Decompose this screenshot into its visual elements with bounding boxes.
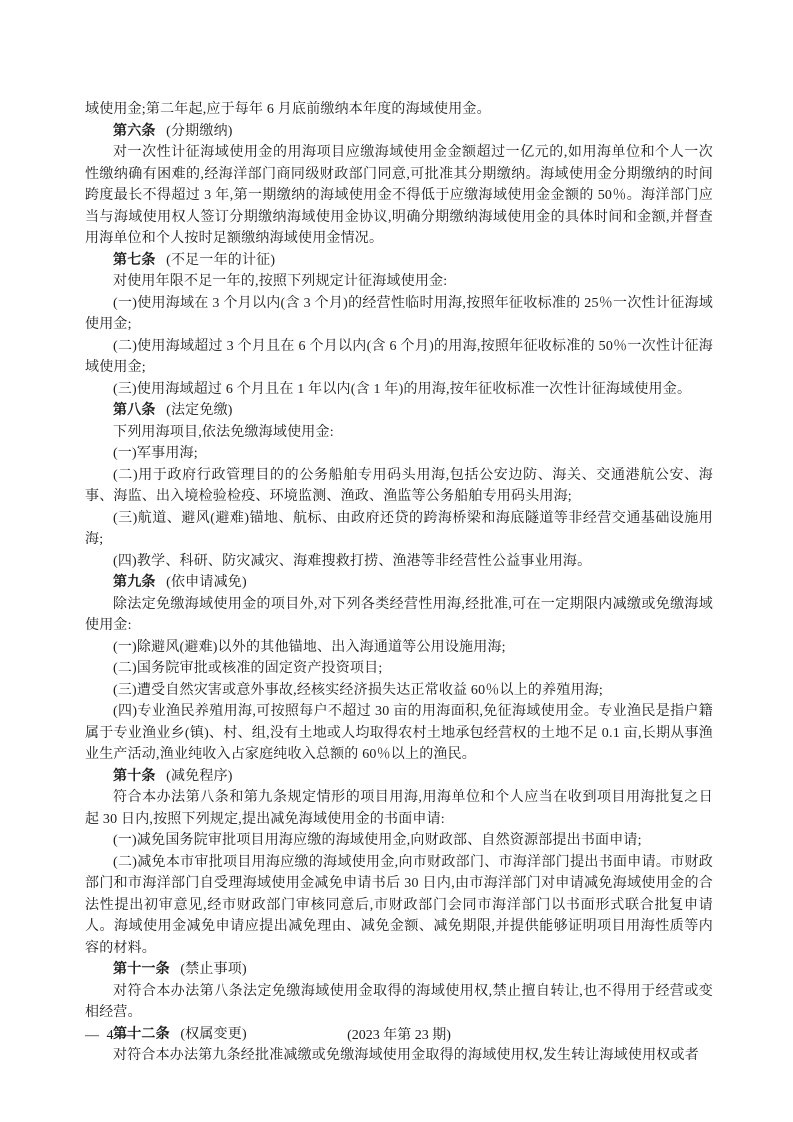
paragraph: (四)专业渔民养殖用海,可按照每户不超过 30 亩的用海面积,免征海域使用金。专… — [85, 701, 713, 766]
paragraph: (二)使用海域超过 3 个月且在 6 个月以内(含 6 个月)的用海,按照年征收… — [85, 336, 713, 379]
article-number: 第九条 — [113, 575, 156, 590]
article-title: (减免程序) — [166, 769, 233, 784]
article-number: 第八条 — [113, 403, 156, 418]
article-heading: 第六条(分期缴纳) — [85, 121, 713, 143]
paragraph: 对符合本办法第九条经批准减缴或免缴海域使用金取得的海域使用权,发生转让海域使用权… — [85, 1045, 713, 1067]
article-heading: 第七条(不足一年的计征) — [85, 250, 713, 272]
paragraph: (四)教学、科研、防灾减灾、海难搜救打捞、渔港等非经营性公益事业用海。 — [85, 551, 713, 573]
article-title: (不足一年的计征) — [166, 253, 275, 268]
document-body: 域使用金;第二年起,应于每年 6 月底前缴纳本年度的海域使用金。第六条(分期缴纳… — [85, 99, 713, 1067]
article-title: (分期缴纳) — [166, 124, 233, 139]
paragraph: 除法定免缴海域使用金的项目外,对下列各类经营性用海,经批准,可在一定期限内减缴或… — [85, 594, 713, 637]
paragraph: 下列用海项目,依法免缴海域使用金: — [85, 422, 713, 444]
article-title: (法定免缴) — [166, 403, 233, 418]
page-number: — 4 — — [85, 1025, 137, 1047]
article-title: (禁止事项) — [180, 962, 247, 977]
paragraph: (一)除避风(避难)以外的其他锚地、出入海通道等公用设施用海; — [85, 637, 713, 659]
paragraph: (二)国务院审批或核准的固定资产投资项目; — [85, 658, 713, 680]
article-number: 第六条 — [113, 124, 156, 139]
paragraph: 域使用金;第二年起,应于每年 6 月底前缴纳本年度的海域使用金。 — [85, 99, 713, 121]
document-page: 域使用金;第二年起,应于每年 6 月底前缴纳本年度的海域使用金。第六条(分期缴纳… — [0, 0, 793, 1122]
article-heading: 第十条(减免程序) — [85, 766, 713, 788]
paragraph: (一)使用海域在 3 个月以内(含 3 个月)的经营性临时用海,按照年征收标准的… — [85, 293, 713, 336]
paragraph: 对一次性计征海域使用金的用海项目应缴海域使用金金额超过一亿元的,如用海单位和个人… — [85, 142, 713, 250]
paragraph: 对符合本办法第八条法定免缴海域使用金取得的海域使用权,禁止擅自转让,也不得用于经… — [85, 981, 713, 1024]
paragraph: (三)航道、避风(避难)锚地、航标、由政府还贷的跨海桥梁和海底隧道等非经营交通基… — [85, 508, 713, 551]
paragraph: (三)使用海域超过 6 个月且在 1 年以内(含 1 年)的用海,按年征收标准一… — [85, 379, 713, 401]
page-footer: — 4 — (2023 年第 23 期) — [85, 1025, 713, 1047]
paragraph: 对使用年限不足一年的,按照下列规定计征海域使用金: — [85, 271, 713, 293]
article-heading: 第十一条(禁止事项) — [85, 959, 713, 981]
article-heading: 第九条(依申请减免) — [85, 572, 713, 594]
paragraph: 符合本办法第八条和第九条规定情形的项目用海,用海单位和个人应当在收到项目用海批复… — [85, 787, 713, 830]
article-title: (依申请减免) — [166, 575, 247, 590]
article-number: 第七条 — [113, 253, 156, 268]
paragraph: (一)军事用海; — [85, 443, 713, 465]
paragraph: (二)减免本市审批项目用海应缴的海域使用金,向市财政部门、市海洋部门提出书面申请… — [85, 852, 713, 960]
article-number: 第十条 — [113, 769, 156, 784]
paragraph: (三)遭受自然灾害或意外事故,经核实经济损失达正常收益 60％以上的养殖用海; — [85, 680, 713, 702]
article-heading: 第八条(法定免缴) — [85, 400, 713, 422]
article-number: 第十一条 — [113, 962, 170, 977]
paragraph: (一)减免国务院审批项目用海应缴的海域使用金,向财政部、自然资源部提出书面申请; — [85, 830, 713, 852]
issue-label: (2023 年第 23 期) — [85, 1025, 713, 1047]
paragraph: (二)用于政府行政管理目的的公务船舶专用码头用海,包括公安边防、海关、交通港航公… — [85, 465, 713, 508]
